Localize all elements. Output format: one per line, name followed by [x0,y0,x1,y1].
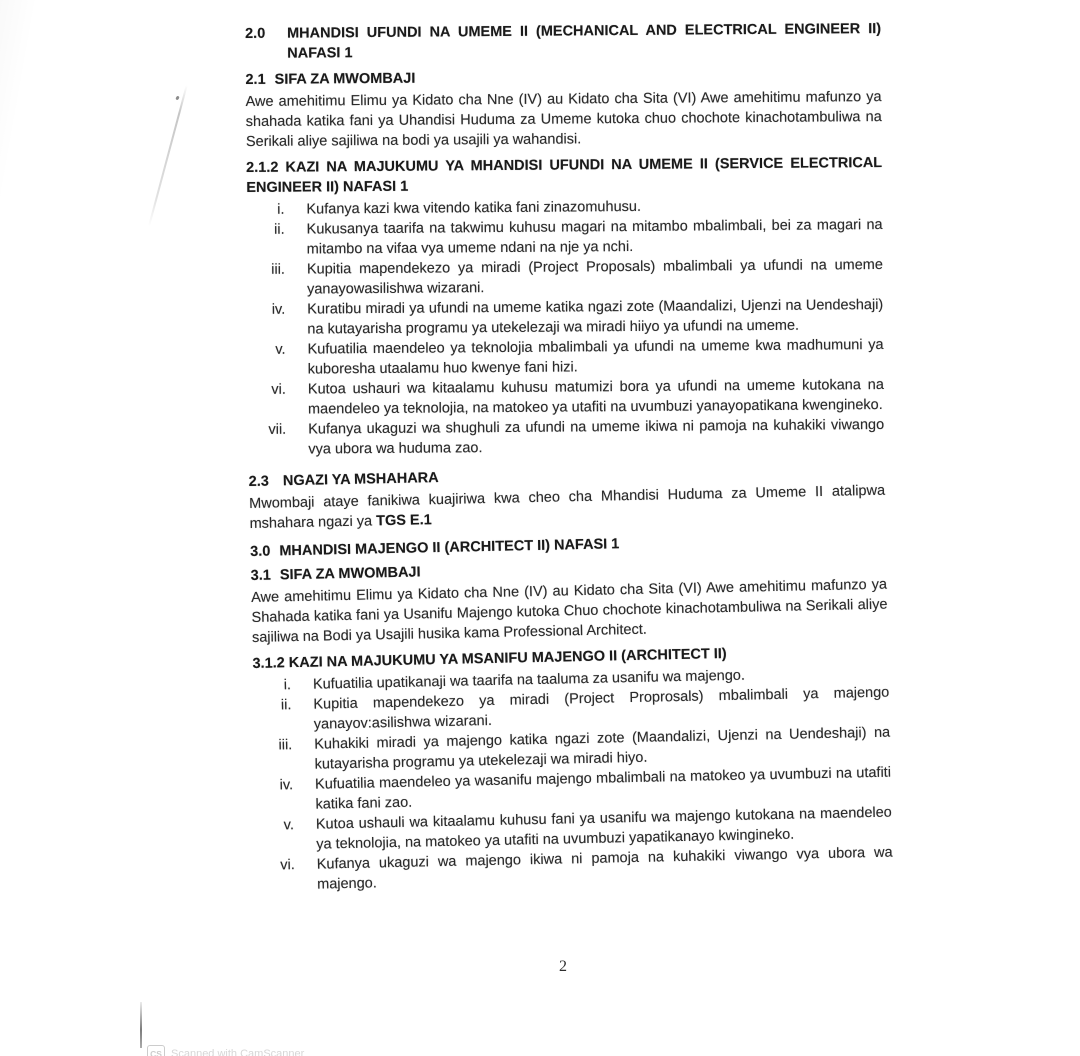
list-item-number: iii. [247,260,285,300]
list-item-number: v. [256,815,295,856]
camscanner-logo-icon: CS [147,1045,165,1056]
document-lower-sections: 2.3 NGAZI YA MSHAHARA Mwombaji ataye fan… [249,459,894,896]
list-item-number: iii. [254,735,293,776]
section-title: NGAZI YA MSHAHARA [283,470,439,489]
section-title: MHANDISI UFUNDI NA UMEME II (MECHANICAL … [287,19,881,64]
camscanner-watermark-label: Scanned with CamScanner [171,1045,304,1056]
scan-edge-artifact-bottom [140,1002,142,1048]
section-number: 3.0 [250,544,271,560]
list-item-text: Kufuatilia maendeleo ya teknolojia mbali… [307,335,883,380]
section-title: MHANDISI MAJENGO II (ARCHITECT II) NAFAS… [279,536,619,559]
heading-section-2-1: 2.1 SIFA ZA MWOMBAJI [245,65,881,90]
section-number: 2.1.2 [246,160,278,176]
list-item-text: Kuratibu miradi ya ufundi na umeme katik… [307,295,883,340]
list-item-number: vii. [248,420,286,460]
list-item-text: Kutoa ushauri wa kitaalamu kuhusu matumi… [308,375,884,420]
camscanner-watermark: CS Scanned with CamScanner [147,1045,304,1056]
list-item: ii. Kukusanya taarifa na takwimu kuhusu … [247,215,883,260]
duties-list-2-1-2: i. Kufanya kazi kwa vitendo katika fani … [246,195,884,460]
list-item-text: Kupitia mapendekezo ya miradi (Project P… [307,255,883,300]
list-item-number: ii. [253,695,292,736]
list-item-text: Kukusanya taarifa na takwimu kuhusu maga… [307,215,883,260]
salary-grade: TGS E.1 [376,512,432,529]
list-item-number: iv. [255,775,294,816]
salary-text: Mwombaji ataye fanikiwa kuajiriwa kwa ch… [249,483,885,532]
section-title: KAZI NA MAJUKUMU YA MHANDISI UFUNDI NA U… [246,155,882,196]
scan-speck-artifact [175,96,180,101]
list-item-number: ii. [247,220,285,260]
list-item-number: v. [247,340,285,380]
list-item: v. Kufuatilia maendeleo ya teknolojia mb… [247,335,883,380]
list-item-number: i. [253,675,291,696]
list-item-text: Kufanya ukaguzi wa shughuli za ufundi na… [308,415,884,460]
list-item: vii. Kufanya ukaguzi wa shughuli za ufun… [248,415,884,460]
scanned-document-page: 2.0 MHANDISI UFUNDI NA UMEME II (MECHANI… [0,0,1080,1056]
paragraph-qualifications-3-1: Awe amehitimu Elimu ya Kidato cha Nne (I… [251,575,888,648]
paragraph-qualifications-2-1: Awe amehitimu Elimu ya Kidato cha Nne (I… [246,87,882,152]
section-title: SIFA ZA MWOMBAJI [275,71,416,88]
list-item: iv. Kuratibu miradi ya ufundi na umeme k… [247,295,883,340]
document-content: 2.0 MHANDISI UFUNDI NA UMEME II (MECHANI… [245,19,888,896]
heading-section-2-0: 2.0 MHANDISI UFUNDI NA UMEME II (MECHANI… [245,19,881,64]
page-number: 2 [245,958,881,976]
duties-list-3-1-2: i. Kufuatilia upatikanaji wa taarifa na … [253,663,893,896]
section-title: SIFA ZA MWOMBAJI [280,564,421,583]
list-item-number: vi. [257,855,296,896]
section-number: 3.1.2 [252,655,285,672]
list-item-number: i. [246,200,284,220]
list-item: iii. Kupitia mapendekezo ya miradi (Proj… [247,255,883,300]
section-number: 3.1 [251,568,272,584]
list-item-number: iv. [247,300,285,340]
list-item-number: vi. [248,380,286,420]
heading-section-2-1-2: 2.1.2 KAZI NA MAJUKUMU YA MHANDISI UFUND… [246,153,882,198]
section-number: 2.0 [245,24,287,64]
section-number: 2.3 [249,474,270,490]
list-item: vi. Kutoa ushauri wa kitaalamu kuhusu ma… [248,375,884,420]
scan-edge-artifact [148,85,187,226]
section-number: 2.1 [245,72,265,88]
